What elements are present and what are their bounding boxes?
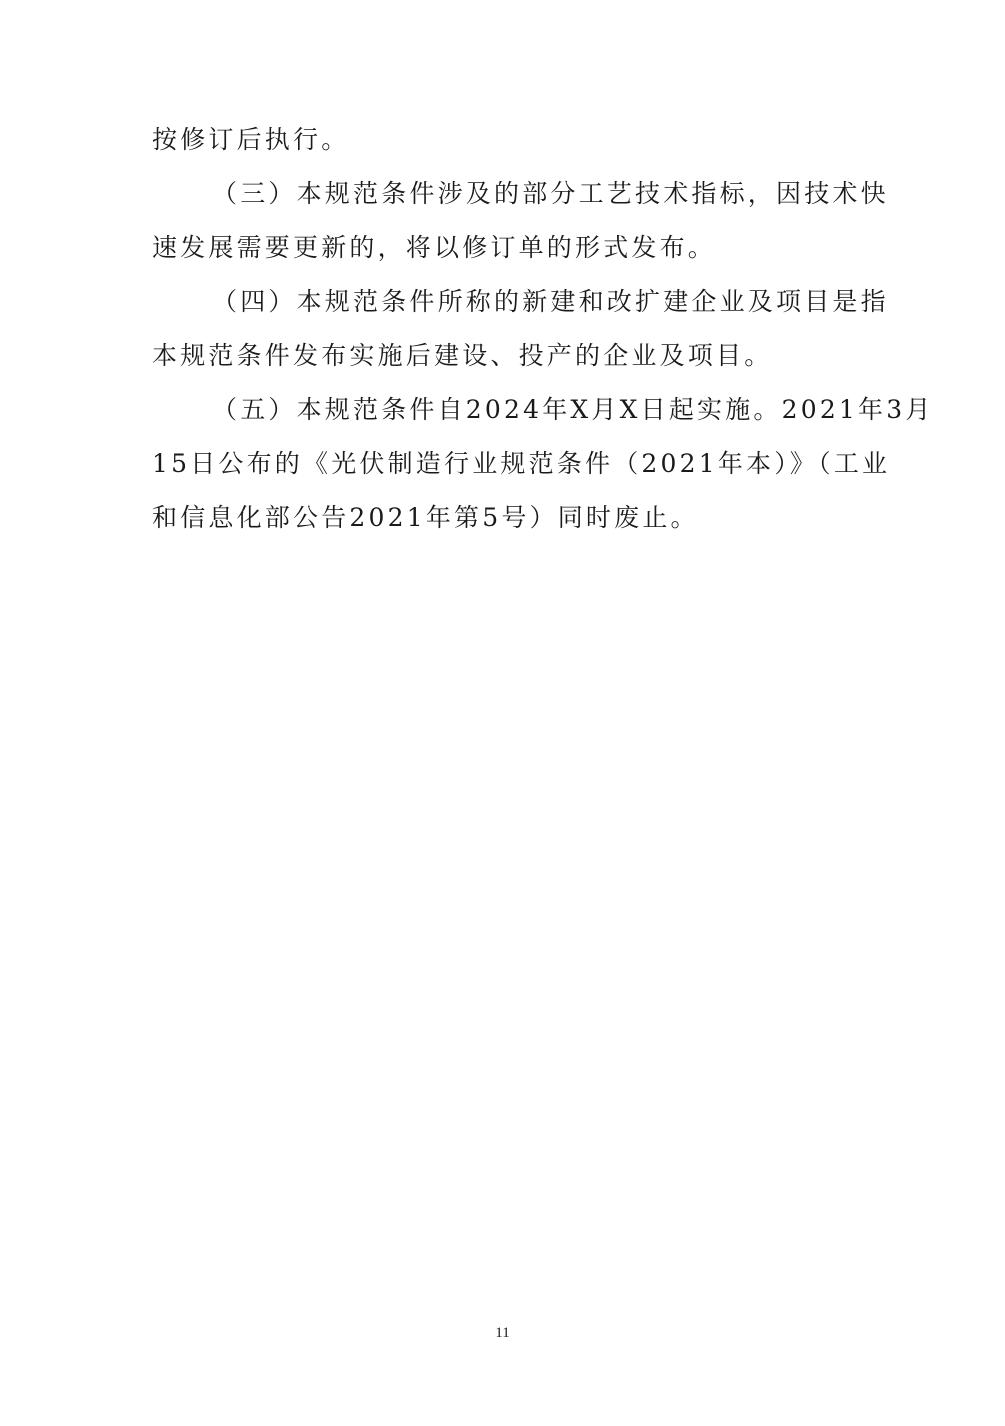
document-page: 按修订后执行。 （三）本规范条件涉及的部分工艺技术指标，因技术快 速发展需要更新… [0, 0, 1005, 1426]
paragraph-3-line-1: （三）本规范条件涉及的部分工艺技术指标，因技术快 [212, 176, 862, 212]
paragraph-5-line-1: （五）本规范条件自2024年X月X日起实施。2021年3月 [212, 392, 862, 428]
paragraph-2-end: 按修订后执行。 [152, 122, 862, 158]
paragraph-5-line-3: 和信息化部公告2021年第5号）同时废止。 [152, 500, 862, 536]
paragraph-4-line-1: （四）本规范条件所称的新建和改扩建企业及项目是指 [212, 284, 862, 320]
paragraph-3-line-2: 速发展需要更新的，将以修订单的形式发布。 [152, 230, 862, 266]
page-number: 11 [0, 1325, 1005, 1342]
paragraph-5-line-2: 15日公布的《光伏制造行业规范条件（2021年本）》（工业 [152, 446, 862, 482]
paragraph-4-line-2: 本规范条件发布实施后建设、投产的企业及项目。 [152, 338, 862, 374]
